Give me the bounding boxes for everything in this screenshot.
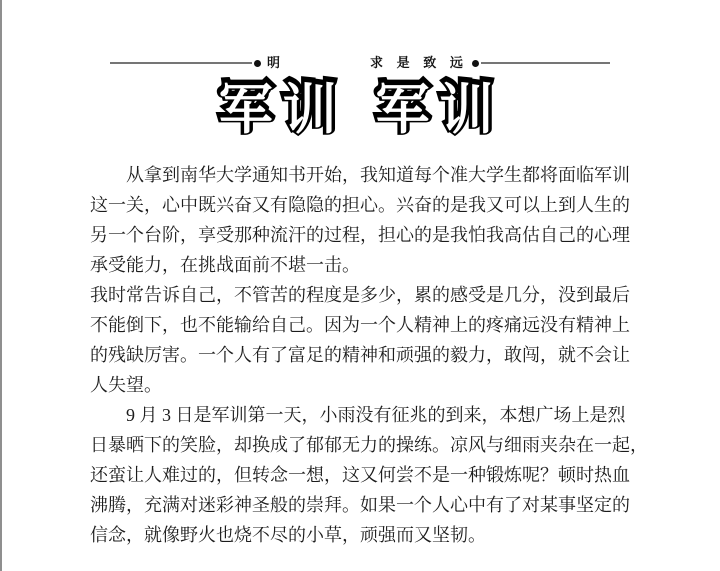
essay-title-text: 军训 军训 [219, 78, 504, 141]
page-header: 明 求 是 致 远 [110, 55, 610, 71]
paragraph-2: 我时常告诉自己，不管苦的程度是多少，累的感受是几分，没到最后 不能倒下，也不能输… [90, 280, 690, 400]
header-rule-left [110, 62, 252, 64]
header-right-text: 求 是 致 远 [370, 55, 468, 71]
essay-body: 从拿到南华大学通知书开始，我知道每个准大学生都将面临军训 这一关，心中既兴奋又有… [90, 160, 690, 550]
paragraph-1: 从拿到南华大学通知书开始，我知道每个准大学生都将面临军训 这一关，心中既兴奋又有… [90, 160, 690, 280]
bullet-dot-icon [254, 60, 261, 67]
header-left-text: 明 [267, 55, 285, 71]
document-page: 明 求 是 致 远 军训 军训 从拿到南华大学通知书开始，我知道每个准大学生都将… [0, 0, 720, 571]
paragraph-3: 9 月 3 日是军训第一天，小雨没有征兆的到来，本想广场上是烈 日暴晒下的笑脸，… [90, 400, 690, 550]
bullet-dot-icon [472, 60, 479, 67]
essay-title: 军训 军训 [2, 80, 720, 140]
header-rule-right [481, 62, 610, 64]
